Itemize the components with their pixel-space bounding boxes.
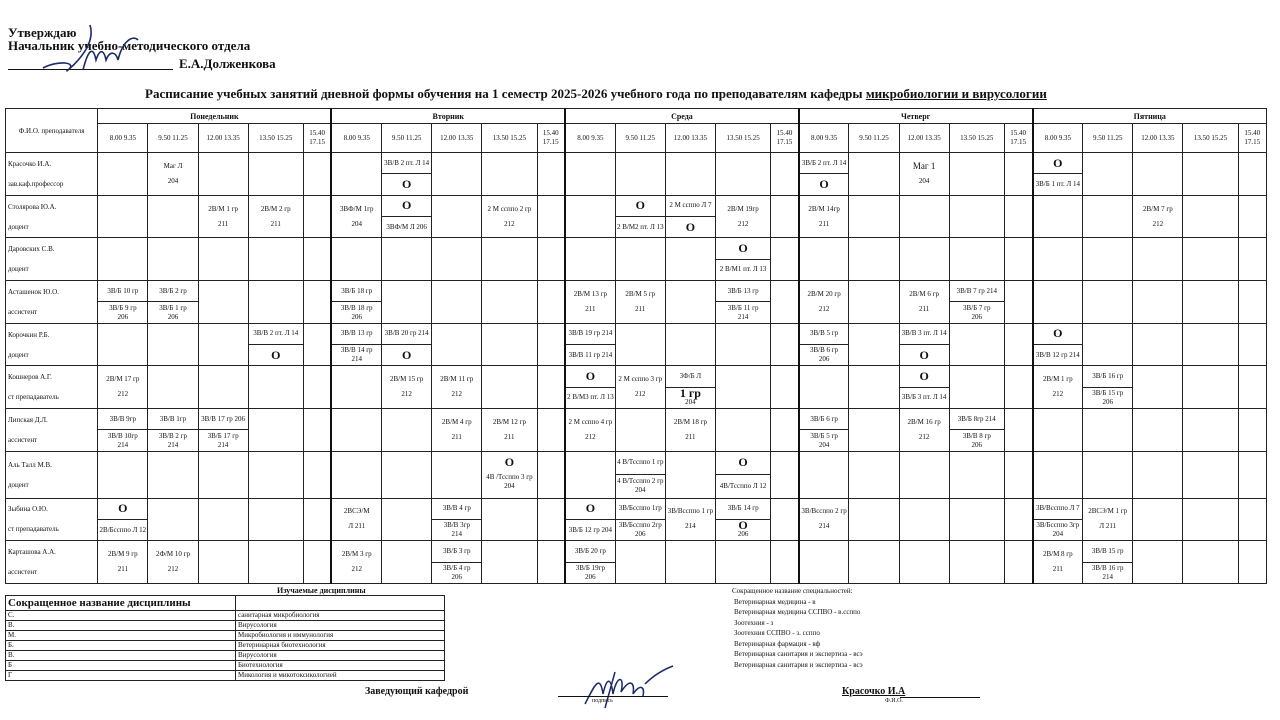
time-slot-header: 13.50 15.25 <box>716 124 771 153</box>
schedule-cell: 2В/М 20 гр212 <box>799 281 849 324</box>
class-text: 206 <box>98 313 147 322</box>
teacher-position: ст препадаватель <box>8 392 97 402</box>
teacher-position: зав.каф.профессор <box>8 179 97 189</box>
schedule-cell: 3В/Вссппо 2 гр214 <box>799 498 849 541</box>
schedule-cell: 2В/М 1 гр211 <box>198 195 248 238</box>
schedule-cell <box>849 153 899 196</box>
discipline-abbr: Б. <box>6 641 236 651</box>
class-text: 2В/Бссппо Л 12 <box>98 526 147 535</box>
teacher-name-cell: Липская Д.Л.ассистент <box>6 409 98 452</box>
schedule-cell <box>432 281 482 324</box>
class-text: 3В/В 3 пт. Л 14 <box>900 329 949 338</box>
class-text: 3В/Б 5 гр <box>800 432 849 441</box>
teacher-row: Зыбина О.Ю.ст препадавательO2В/Бссппо Л … <box>6 498 1267 541</box>
title-text: Расписание учебных занятий дневной формы… <box>145 86 863 101</box>
schedule-cell <box>482 238 537 281</box>
schedule-cell <box>148 498 198 541</box>
session-marker: O <box>1034 159 1083 168</box>
schedule-cell <box>849 281 899 324</box>
class-text: 3В/Б 18 гр <box>332 287 381 296</box>
class-text: 214 <box>432 530 481 539</box>
schedule-cell <box>1083 238 1133 281</box>
schedule-cell <box>537 195 565 238</box>
schedule-cell <box>198 498 248 541</box>
schedule-cell: 3В/В 2 пт. Л 14O <box>248 323 303 366</box>
schedule-cell <box>1133 498 1183 541</box>
class-text: 3В/Вссппо 2 гр <box>800 507 849 516</box>
teacher-name-cell: Асташенок Ю.О.ассистент <box>6 281 98 324</box>
schedule-cell: 3В/В 20 гр 214O <box>382 323 432 366</box>
class-text: 3В/Б 19гр <box>566 564 615 573</box>
schedule-cell <box>537 541 565 584</box>
teacher-position: ассистент <box>8 567 97 577</box>
schedule-cell <box>303 541 331 584</box>
time-slot-header: 15.40 17.15 <box>303 124 331 153</box>
teacher-position: ассистент <box>8 307 97 317</box>
schedule-cell: 2В/М 19гр212 <box>716 195 771 238</box>
teacher-position: доцент <box>8 350 97 360</box>
schedule-cell <box>1083 451 1133 498</box>
schedule-cell: 2 М ссппо 3 гр212 <box>615 366 665 409</box>
schedule-cell <box>849 366 899 409</box>
schedule-cell: 3В/В 3 пт. Л 14O <box>899 323 949 366</box>
time-slot-header: 9.50 11.25 <box>1083 124 1133 153</box>
schedule-cell <box>303 409 331 452</box>
class-text: 2В/М 8 гр <box>1034 550 1083 559</box>
class-text: 3В/В 5 гр <box>800 329 849 338</box>
schedule-cell <box>1133 281 1183 324</box>
schedule-cell <box>615 238 665 281</box>
schedule-cell: O2В/Бссппо Л 12 <box>98 498 148 541</box>
day-header: Четверг <box>799 109 1033 124</box>
class-text: 2 М ссппо Л 7 <box>666 201 715 210</box>
class-text: 3В/Б 1 пт. Л 14 <box>1034 180 1083 189</box>
session-marker: O <box>382 201 431 210</box>
disciplines-header: Сокращенное название дисциплины <box>6 596 236 611</box>
schedule-cell <box>565 195 615 238</box>
time-slot-header: 8.00 9.35 <box>565 124 615 153</box>
teacher-name-cell: Зыбина О.Ю.ст препадаватель <box>6 498 98 541</box>
session-marker: O <box>900 351 949 360</box>
schedule-cell: 2В/М 1 гр212 <box>1033 366 1083 409</box>
class-text: 211 <box>199 220 248 229</box>
schedule-cell <box>665 541 715 584</box>
class-text: 3В/В 8 гр <box>950 432 1004 441</box>
schedule-cell: O3В/Б 1 пт. Л 14 <box>1033 153 1083 196</box>
schedule-cell <box>1183 281 1238 324</box>
schedule-cell <box>565 451 615 498</box>
time-slot-header: 9.50 11.25 <box>382 124 432 153</box>
class-text: 211 <box>249 220 303 229</box>
schedule-cell <box>148 238 198 281</box>
schedule-cell <box>899 195 949 238</box>
class-text: 2В/М 15 гр <box>382 375 431 384</box>
schedule-cell <box>432 451 482 498</box>
specialty-item: Ветеринарная санитария и экспертиза - вс… <box>734 660 863 671</box>
schedule-cell <box>565 238 615 281</box>
schedule-cell: O3В/Б 12 гр 204 <box>565 498 615 541</box>
day-header: Пятница <box>1033 109 1267 124</box>
schedule-cell <box>849 238 899 281</box>
teacher-position: доцент <box>8 480 97 490</box>
schedule-cell <box>148 323 198 366</box>
schedule-cell: 2 М ссппо Л 7O <box>665 195 715 238</box>
class-text: 2 М ссппо 4 гр <box>566 418 615 427</box>
schedule-cell: 3В/В 9гр3В/В 10гр214 <box>98 409 148 452</box>
schedule-cell: Маг 1204 <box>899 153 949 196</box>
schedule-cell <box>771 281 799 324</box>
schedule-cell: 3В/Вссппо 1 гр214 <box>665 498 715 541</box>
schedule-cell <box>849 323 899 366</box>
session-marker: O <box>716 458 770 467</box>
discipline-abbr: М. <box>6 631 236 641</box>
schedule-cell: 3Ф/Б Л1 гр204 <box>665 366 715 409</box>
schedule-cell: 2ВСЭ/М 1 грЛ 211 <box>1083 498 1133 541</box>
schedule-cell <box>1004 498 1032 541</box>
schedule-cell <box>1238 498 1266 541</box>
schedule-cell <box>1183 366 1238 409</box>
schedule-cell <box>716 366 771 409</box>
class-text: Л 211 <box>332 522 381 531</box>
class-text: 3ВФ/М 1гр <box>332 205 381 214</box>
class-text: 206 <box>332 313 381 322</box>
schedule-cell <box>303 195 331 238</box>
class-text: 2Ф/М 10 гр <box>148 550 197 559</box>
class-text: 3В/В 1гр <box>148 415 197 424</box>
schedule-cell: 2В/М 17 гр212 <box>98 366 148 409</box>
schedule-cell: 3В/Б 18 гр3В/В 18 гр206 <box>331 281 381 324</box>
schedule-cell <box>482 323 537 366</box>
class-text: 3В/Б 9 гр <box>98 304 147 313</box>
schedule-cell <box>665 323 715 366</box>
class-text: 3В/В 17 гр 206 <box>199 415 248 424</box>
class-text: 3В/Б 3 пт. Л 14 <box>900 393 949 402</box>
class-text: 2 В/М2 пт. Л 13 <box>616 223 665 232</box>
schedule-cell <box>148 451 198 498</box>
session-marker: O <box>616 201 665 210</box>
teacher-name: Кошнеров А.Г. <box>8 373 52 381</box>
schedule-cell <box>949 498 1004 541</box>
schedule-cell: 3В/В 1гр3В/В 2 гр214 <box>148 409 198 452</box>
schedule-cell <box>198 281 248 324</box>
time-slot-header: 9.50 11.25 <box>615 124 665 153</box>
schedule-cell <box>899 238 949 281</box>
class-text: 2В/М 7 гр <box>1133 205 1182 214</box>
class-text: 3В/В 2 пт. Л 14 <box>382 159 431 168</box>
schedule-cell <box>1133 238 1183 281</box>
class-text: 206 <box>566 573 615 582</box>
class-text: 3В/Б 2 пт. Л 14 <box>800 159 849 168</box>
schedule-cell <box>432 323 482 366</box>
class-text: 3В/В 10гр <box>98 432 147 441</box>
session-marker: O <box>716 521 770 530</box>
class-text: 2В/М 13 гр <box>566 290 615 299</box>
class-text: 3В/Б 11 гр <box>716 304 770 313</box>
schedule-cell <box>382 281 432 324</box>
schedule-cell: 2В/М 6 гр211 <box>899 281 949 324</box>
schedule-cell <box>771 366 799 409</box>
schedule-cell <box>1004 195 1032 238</box>
class-text: 214 <box>148 441 197 450</box>
schedule-cell <box>1183 238 1238 281</box>
class-text: 2В/М 1 гр <box>1034 375 1083 384</box>
class-text: 206 <box>148 313 197 322</box>
schedule-cell <box>799 451 849 498</box>
teacher-row: Столярова Ю.А.доцент2В/М 1 гр2112В/М 2 г… <box>6 195 1267 238</box>
schedule-cell <box>1238 238 1266 281</box>
disciplines-caption: Изучаемые дисциплины <box>277 586 366 595</box>
class-text: 211 <box>1034 565 1083 574</box>
schedule-cell <box>771 153 799 196</box>
class-text: 2В/М 2 гр <box>249 205 303 214</box>
schedule-cell: O3В/Б 3 пт. Л 14 <box>899 366 949 409</box>
schedule-cell: 3В/В 13 гр3В/В 14 гр214 <box>331 323 381 366</box>
schedule-cell <box>248 451 303 498</box>
class-text: 2В/М 19гр <box>716 205 770 214</box>
class-text: 204 <box>332 220 381 229</box>
class-text: 3В/Б 12 гр 204 <box>566 526 615 535</box>
schedule-cell: 2В/М 7 гр212 <box>1133 195 1183 238</box>
schedule-cell <box>98 323 148 366</box>
name-caption: Ф.И.О. <box>885 698 903 704</box>
teacher-name: Столярова Ю.А. <box>8 203 56 211</box>
class-text: 4В/Тссппо Л 12 <box>716 482 770 491</box>
time-slot-header: 12.00 13.35 <box>665 124 715 153</box>
schedule-cell <box>716 409 771 452</box>
teacher-row: Аль Талл М.В.доцентO4В /Тссппо 3 гр 2044… <box>6 451 1267 498</box>
schedule-cell: 3В/Б 20 гр3В/Б 19гр206 <box>565 541 615 584</box>
schedule-cell: 3В/Б 2 пт. Л 14O <box>799 153 849 196</box>
time-slot-header: 8.00 9.35 <box>98 124 148 153</box>
session-marker: O <box>800 180 849 189</box>
schedule-cell <box>849 498 899 541</box>
class-text: 2ВСЭ/М <box>332 507 381 516</box>
class-text: 3В/В 13 гр <box>332 329 381 338</box>
time-slot-header: 12.00 13.35 <box>899 124 949 153</box>
session-marker: O <box>382 180 431 189</box>
schedule-cell: O2 В/М1 пт. Л 13 <box>716 238 771 281</box>
schedule-cell: 3В/В 15 гр3В/В 16 гр214 <box>1083 541 1133 584</box>
schedule-cell: 3В/Б 14 грO206 <box>716 498 771 541</box>
class-text: 3В/В 4 гр <box>432 504 481 513</box>
class-text: 2В/М 9 гр <box>98 550 147 559</box>
schedule-cell <box>799 366 849 409</box>
disciplines-block: Изучаемые дисциплины Сокращенное названи… <box>5 595 445 681</box>
class-text: 206 <box>1083 398 1132 407</box>
day-header: Понедельник <box>98 109 332 124</box>
teacher-row: Даровских С.В.доцентO2 В/М1 пт. Л 13 <box>6 238 1267 281</box>
schedule-cell <box>1004 541 1032 584</box>
schedule-cell <box>248 281 303 324</box>
schedule-cell <box>615 153 665 196</box>
class-text: 214 <box>98 441 147 450</box>
teacher-name: Карташова А.А. <box>8 548 56 556</box>
schedule-cell <box>482 281 537 324</box>
schedule-cell <box>303 323 331 366</box>
schedule-cell <box>248 238 303 281</box>
class-text: 3В/Б 17 гр <box>199 432 248 441</box>
discipline-row: Б.Ветеринарная биотехнология <box>6 641 445 651</box>
class-text: 3В/Бссппо 2гр <box>616 521 665 530</box>
time-slot-header: 12.00 13.35 <box>1133 124 1183 153</box>
schedule-cell <box>1083 153 1133 196</box>
schedule-cell <box>799 541 849 584</box>
class-text: 3В/Б 1 гр <box>148 304 197 313</box>
schedule-cell <box>382 541 432 584</box>
disciplines-header-empty <box>236 596 445 611</box>
class-text: 204 <box>666 398 715 407</box>
class-text: 3В/Б 14 гр <box>716 504 770 513</box>
discipline-name: Микробиология и иммунология <box>236 631 445 641</box>
time-slot-header: 13.50 15.25 <box>949 124 1004 153</box>
teacher-name: Аль Талл М.В. <box>8 461 52 469</box>
schedule-cell: O2 В/М3 пт. Л 13 <box>565 366 615 409</box>
class-text: 204 <box>148 177 197 186</box>
class-text: Маг 1 <box>900 162 949 171</box>
name-header: Ф.И.О. преподавателя <box>6 109 98 153</box>
schedule-cell <box>1004 366 1032 409</box>
schedule-cell: 2ВСЭ/МЛ 211 <box>331 498 381 541</box>
class-text: 212 <box>382 390 431 399</box>
schedule-cell <box>482 366 537 409</box>
schedule-cell <box>615 409 665 452</box>
schedule-cell <box>382 451 432 498</box>
session-marker: O <box>98 504 147 513</box>
signature-icon <box>38 20 148 80</box>
teacher-position: ст препадаватель <box>8 524 97 534</box>
class-text: 3В/В 7 гр 214 <box>950 287 1004 296</box>
schedule-cell <box>949 541 1004 584</box>
teacher-row: Карташова А.А.ассистент2В/М 9 гр2112Ф/М … <box>6 541 1267 584</box>
class-text: 212 <box>716 220 770 229</box>
schedule-cell <box>899 541 949 584</box>
schedule-cell <box>1238 153 1266 196</box>
specialties-block: Сокращенное название специальностей: Вет… <box>734 586 863 670</box>
schedule-cell: 2В/М 18 гр211 <box>665 409 715 452</box>
title-department: микробиологии и вирусологии <box>866 86 1047 101</box>
class-text: 214 <box>332 355 381 364</box>
time-slot-header: 8.00 9.35 <box>1033 124 1083 153</box>
schedule-cell <box>1238 541 1266 584</box>
schedule-cell <box>537 153 565 196</box>
schedule-cell <box>537 451 565 498</box>
class-text: 206 <box>716 530 770 539</box>
schedule-cell <box>1033 409 1083 452</box>
class-text: 212 <box>432 390 481 399</box>
schedule-cell <box>771 238 799 281</box>
session-marker: O <box>382 351 431 360</box>
teacher-name: Асташенок Ю.О. <box>8 288 59 296</box>
class-text: 204 <box>900 177 949 186</box>
specialty-item: Ветеринарная медицина - в <box>734 597 863 608</box>
slots-header-row: 8.00 9.359.50 11.2512.00 13.3513.50 15.2… <box>6 124 1267 153</box>
class-text: 214 <box>1083 573 1132 582</box>
discipline-row: М.Микробиология и иммунология <box>6 631 445 641</box>
schedule-cell <box>303 451 331 498</box>
schedule-cell <box>537 409 565 452</box>
schedule-cell <box>303 153 331 196</box>
class-text: 3В/В 2 пт. Л 14 <box>249 329 303 338</box>
schedule-cell <box>331 409 381 452</box>
schedule-cell <box>1033 238 1083 281</box>
class-text: Маг Л <box>148 162 197 171</box>
specialties-header: Сокращенное название специальностей: <box>732 586 863 597</box>
schedule-cell: 3В/В 5 гр3В/В 6 гр206 <box>799 323 849 366</box>
class-text: 3В/Б 15 гр <box>1083 389 1132 398</box>
schedule-cell <box>849 409 899 452</box>
teacher-name-cell: Красочко И.А.зав.каф.профессор <box>6 153 98 196</box>
schedule-cell <box>1238 323 1266 366</box>
schedule-cell: 2В/М 4 гр211 <box>432 409 482 452</box>
time-slot-header: 9.50 11.25 <box>148 124 198 153</box>
schedule-cell <box>1183 451 1238 498</box>
class-text: 3В/В 11 гр 214 <box>566 351 615 360</box>
day-header: Среда <box>565 109 799 124</box>
schedule-cell <box>382 498 432 541</box>
schedule-cell <box>1033 195 1083 238</box>
footer-role: Заведующий кафедрой <box>365 686 468 697</box>
class-text: 3В/В 14 гр <box>332 346 381 355</box>
time-slot-header: 9.50 11.25 <box>849 124 899 153</box>
schedule-cell <box>1183 153 1238 196</box>
class-text: 3В/Бссппо 3гр 204 <box>1034 521 1083 539</box>
schedule-cell: 2В/М 14гр211 <box>799 195 849 238</box>
schedule-cell <box>98 451 148 498</box>
schedule-cell <box>1033 451 1083 498</box>
discipline-name: санитарная микробиология <box>236 611 445 621</box>
schedule-cell <box>1238 366 1266 409</box>
class-text: 2В/М 14гр <box>800 205 849 214</box>
schedule-cell <box>665 238 715 281</box>
schedule-cell <box>537 366 565 409</box>
disciplines-header-row: Сокращенное название дисциплины <box>6 596 445 611</box>
schedule-cell <box>331 366 381 409</box>
schedule-cell <box>849 541 899 584</box>
class-text: 3В/Бссппо 1гр <box>616 504 665 513</box>
schedule-cell <box>1004 409 1032 452</box>
session-marker: O <box>900 372 949 381</box>
schedule-cell: 3В/Вссппо Л 73В/Бссппо 3гр 204 <box>1033 498 1083 541</box>
schedule-cell <box>771 323 799 366</box>
schedule-cell <box>248 366 303 409</box>
schedule-cell: 3В/Б 8гр 2143В/В 8 гр206 <box>949 409 1004 452</box>
schedule-cell <box>148 366 198 409</box>
class-text: 211 <box>566 305 615 314</box>
schedule-cell: 3В/В 19 гр 2143В/В 11 гр 214 <box>565 323 615 366</box>
schedule-cell: 2В/М 2 гр211 <box>248 195 303 238</box>
schedule-cell: 3В/Б 16 гр3В/Б 15 гр206 <box>1083 366 1133 409</box>
schedule-cell <box>849 451 899 498</box>
schedule-cell <box>1133 366 1183 409</box>
time-slot-header: 15.40 17.15 <box>1004 124 1032 153</box>
specialty-item: Ветеринарная фармация - вф <box>734 639 863 650</box>
schedule-cell <box>716 323 771 366</box>
schedule-cell: 3В/Б 10 гр3В/Б 9 гр206 <box>98 281 148 324</box>
class-text: 212 <box>332 565 381 574</box>
schedule-cell <box>1183 541 1238 584</box>
class-text: 3В/Вссппо 1 гр <box>666 507 715 516</box>
class-text: 3В/В 6 гр <box>800 346 849 355</box>
discipline-row: В.Вирусология <box>6 621 445 631</box>
schedule-cell <box>537 281 565 324</box>
days-header-row: Ф.И.О. преподавателя ПонедельникВторникС… <box>6 109 1267 124</box>
schedule-cell: 3ВФ/М 1гр204 <box>331 195 381 238</box>
class-text: 3В/Б 6 гр <box>800 415 849 424</box>
time-slot-header: 13.50 15.25 <box>482 124 537 153</box>
schedule-cell: 3В/Б 3 гр3В/Б 4 гр206 <box>432 541 482 584</box>
schedule-cell: 3В/В 2 пт. Л 14O <box>382 153 432 196</box>
teacher-name-cell: Даровских С.В.доцент <box>6 238 98 281</box>
